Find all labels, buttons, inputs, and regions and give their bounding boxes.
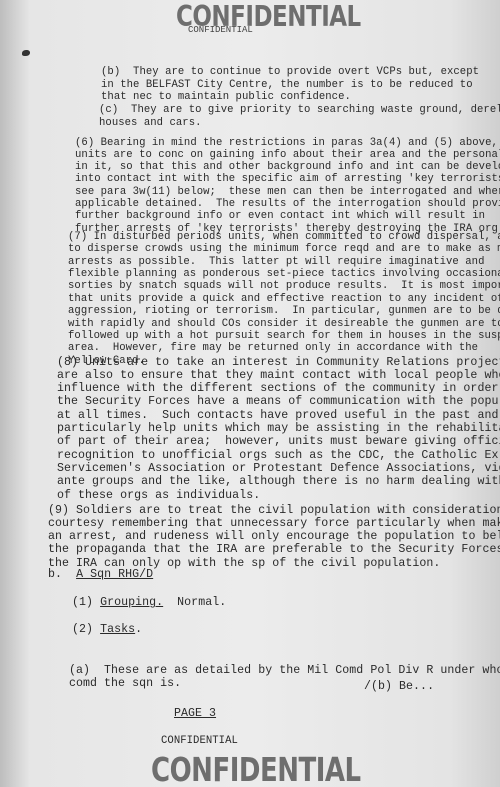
punch-mark (22, 50, 30, 56)
document-page: CONFIDENTIAL CONFIDENTIAL (b) They are t… (0, 0, 500, 787)
page-number: PAGE 3 (174, 707, 216, 720)
section-b-title: A Sqn RHG/D (76, 568, 153, 581)
task-a: (a) These are as detailed by the Mil Com… (69, 637, 500, 717)
confidential-typed-bottom: CONFIDENTIAL (161, 735, 238, 747)
confidential-typed-top: CONFIDENTIAL (188, 25, 253, 35)
continuation: /(b) Be... (364, 680, 434, 693)
confidential-stamp-bottom: CONFIDENTIAL (151, 752, 361, 787)
